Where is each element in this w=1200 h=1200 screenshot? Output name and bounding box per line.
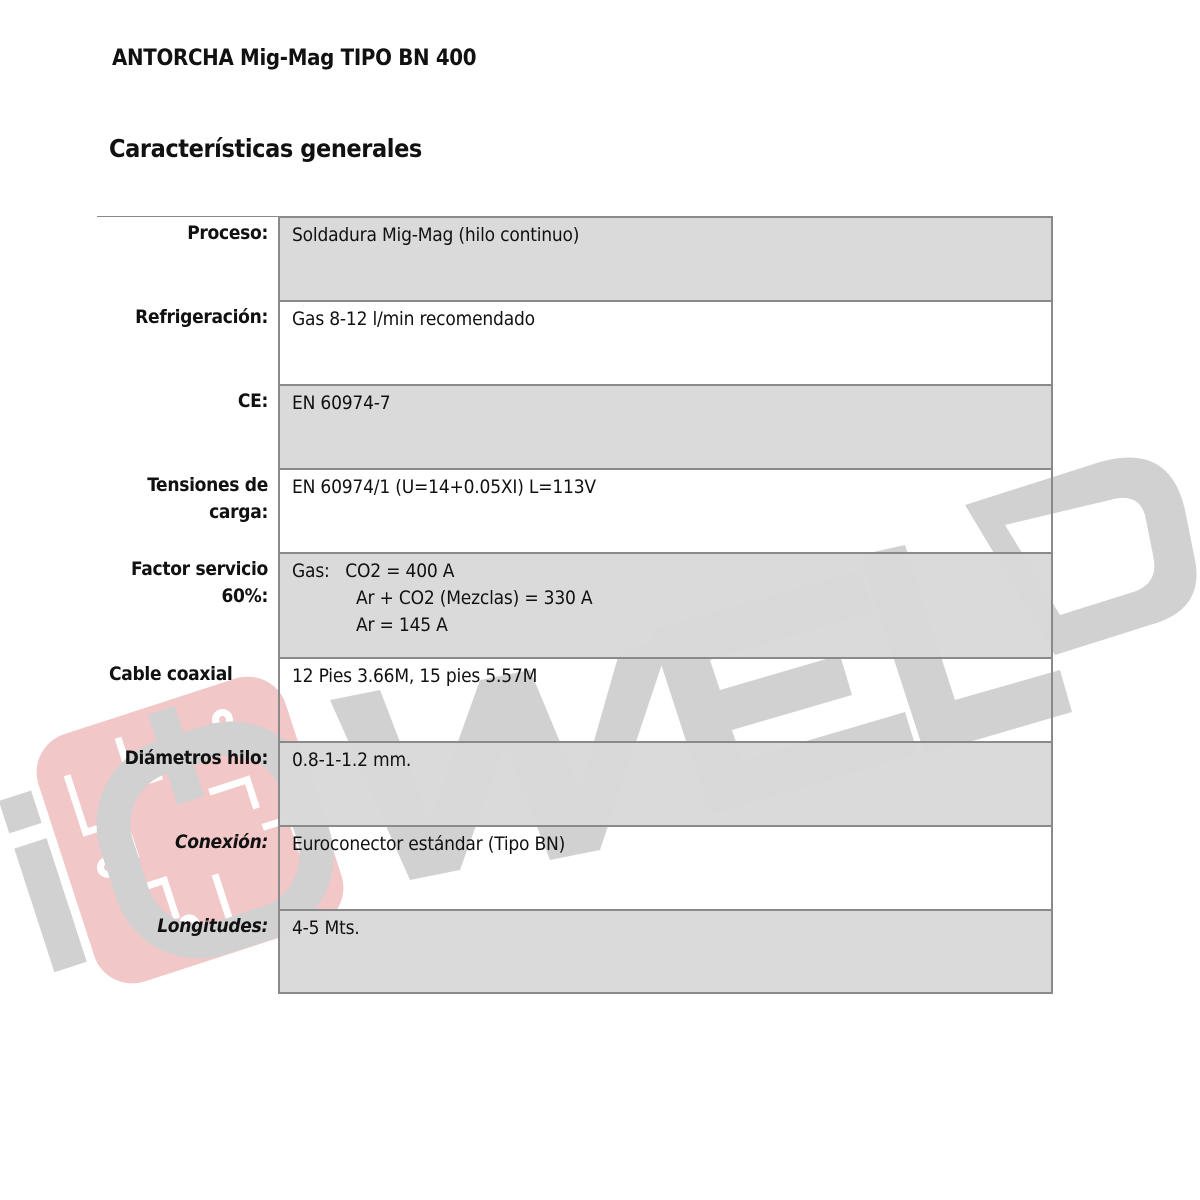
spec-row-tensiones: Tensiones de carga: EN 60974/1 (U=14+0.0… xyxy=(97,468,1053,552)
spec-row-factor-servicio: Factor servicio 60%: Gas: CO2 = 400 A Ar… xyxy=(97,552,1053,657)
spec-label-line: Factor servicio xyxy=(97,556,268,583)
spec-label: Cable coaxial xyxy=(97,657,278,741)
spec-value-line: Soldadura Mig-Mag (hilo continuo) xyxy=(292,222,1039,249)
spec-label: Proceso: xyxy=(97,216,278,300)
spec-table: Proceso: Soldadura Mig-Mag (hilo continu… xyxy=(97,216,1053,994)
document-title: ANTORCHA Mig-Mag TIPO BN 400 xyxy=(112,46,476,71)
spec-label: Conexión: xyxy=(97,825,278,909)
spec-value: Euroconector estándar (Tipo BN) xyxy=(278,825,1053,909)
spec-label: Factor servicio 60%: xyxy=(97,552,278,657)
spec-row-ce: CE: EN 60974-7 xyxy=(97,384,1053,468)
spec-row-longitudes: Longitudes: 4-5 Mts. xyxy=(97,909,1053,994)
spec-value-line: Euroconector estándar (Tipo BN) xyxy=(292,831,1039,858)
spec-value: 0.8-1-1.2 mm. xyxy=(278,741,1053,825)
spec-value-line: EN 60974/1 (U=14+0.05XI) L=113V xyxy=(292,474,1039,501)
spec-value: EN 60974/1 (U=14+0.05XI) L=113V xyxy=(278,468,1053,552)
spec-value: 12 Pies 3.66M, 15 pies 5.57M xyxy=(278,657,1053,741)
spec-label: Tensiones de carga: xyxy=(97,468,278,552)
spec-label: Longitudes: xyxy=(97,909,278,994)
spec-value-line: Gas 8-12 l/min recomendado xyxy=(292,306,1039,333)
spec-value-line: Gas: CO2 = 400 A xyxy=(292,558,1039,585)
spec-row-diametros: Diámetros hilo: 0.8-1-1.2 mm. xyxy=(97,741,1053,825)
spec-label-line: 60%: xyxy=(97,583,268,610)
spec-label: Refrigeración: xyxy=(97,300,278,384)
spec-value: Soldadura Mig-Mag (hilo continuo) xyxy=(278,216,1053,300)
spec-row-cable-coaxial: Cable coaxial 12 Pies 3.66M, 15 pies 5.5… xyxy=(97,657,1053,741)
spec-label: Diámetros hilo: xyxy=(97,741,278,825)
spec-label-line: Tensiones de xyxy=(97,472,268,499)
spec-row-conexion: Conexión: Euroconector estándar (Tipo BN… xyxy=(97,825,1053,909)
spec-value: 4-5 Mts. xyxy=(278,909,1053,994)
spec-value-line: 12 Pies 3.66M, 15 pies 5.57M xyxy=(292,663,1039,690)
spec-value: Gas: CO2 = 400 A Ar + CO2 (Mezclas) = 33… xyxy=(278,552,1053,657)
spec-value: Gas 8-12 l/min recomendado xyxy=(278,300,1053,384)
spec-value-line: 4-5 Mts. xyxy=(292,915,1039,942)
spec-label: CE: xyxy=(97,384,278,468)
spec-label-line: carga: xyxy=(97,499,268,526)
spec-value-line: Ar = 145 A xyxy=(292,612,1039,639)
section-title: Características generales xyxy=(109,134,422,163)
spec-value: EN 60974-7 xyxy=(278,384,1053,468)
spec-value-line: EN 60974-7 xyxy=(292,390,1039,417)
spec-row-refrigeracion: Refrigeración: Gas 8-12 l/min recomendad… xyxy=(97,300,1053,384)
spec-value-line: 0.8-1-1.2 mm. xyxy=(292,747,1039,774)
spec-row-proceso: Proceso: Soldadura Mig-Mag (hilo continu… xyxy=(97,216,1053,300)
spec-value-line: Ar + CO2 (Mezclas) = 330 A xyxy=(292,585,1039,612)
